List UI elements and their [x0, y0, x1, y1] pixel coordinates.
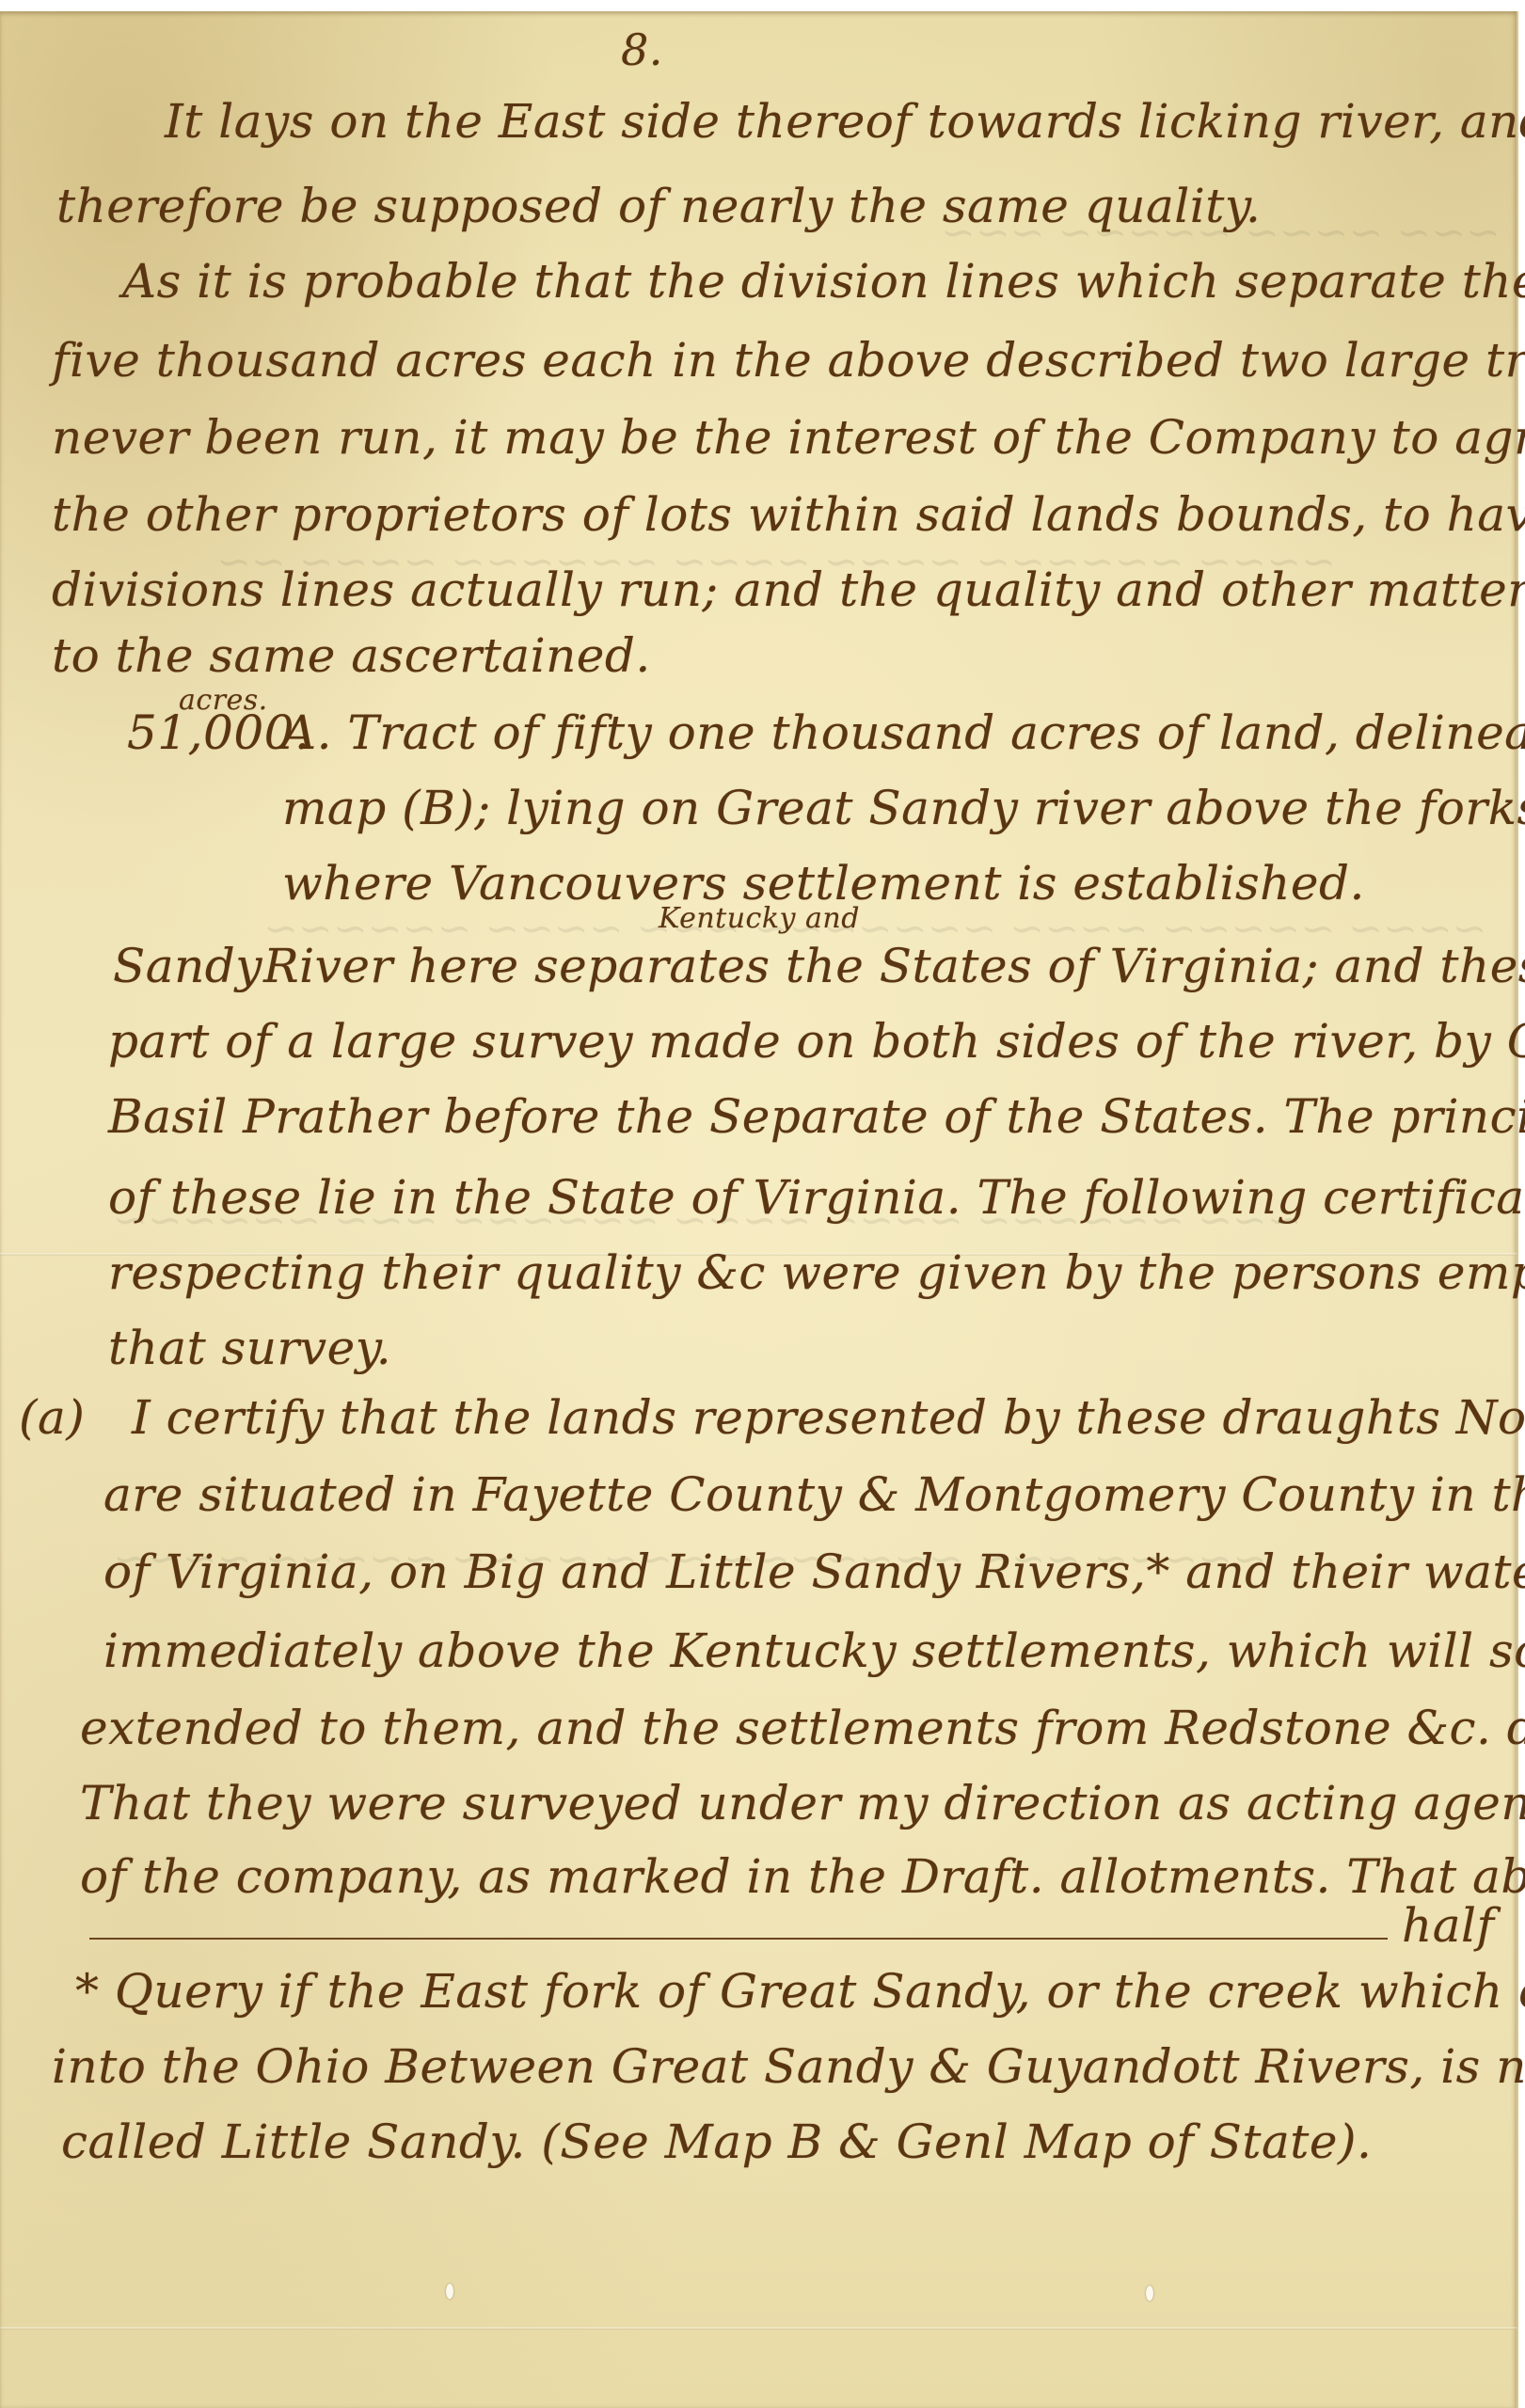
text-line: therefore be supposed of nearly the same…: [56, 182, 1261, 230]
text-line: extended to them, and the settlements fr…: [80, 1704, 1525, 1751]
text-line: As it is probable that the division line…: [122, 258, 1525, 305]
margin-word: Sandy: [113, 943, 262, 990]
text-line: the other proprietors of lots within sai…: [52, 491, 1525, 538]
text-line: are situated in Fayette County & Montgom…: [103, 1471, 1525, 1518]
text-line: never been run, it may be the interest o…: [52, 414, 1525, 461]
text-line: of these lie in the State of Virginia. T…: [108, 1174, 1525, 1221]
text-line: It lays on the East side thereof towards…: [165, 98, 1525, 145]
text-line: to the same ascertained.: [52, 632, 651, 679]
text-line: part of a large survey made on both side…: [108, 1018, 1525, 1065]
footnote-line: * Query if the East fork of Great Sandy,…: [75, 1968, 1525, 2015]
footnote-line: into the Ohio Between Great Sandy & Guya…: [52, 2043, 1525, 2090]
certificate-marker: (a): [19, 1394, 85, 1441]
text-line: A. Tract of fifty one thousand acres of …: [282, 709, 1525, 756]
text-line: That they were surveyed under my directi…: [80, 1780, 1525, 1827]
text-line: map (B); lying on Great Sandy river abov…: [282, 784, 1525, 832]
catchword: half: [1402, 1902, 1495, 1949]
footnote-separator-rule: [89, 1938, 1388, 1940]
text-line: where Vancouvers settlement is establish…: [282, 860, 1365, 907]
interlinear-insertion: Kentucky and: [659, 905, 860, 933]
text-line: divisions lines actually run; and the qu…: [52, 566, 1525, 613]
text-line: respecting their quality &c were given b…: [108, 1249, 1525, 1296]
text-line: of the company, as marked in the Draft. …: [80, 1853, 1525, 1900]
binding-hole: [446, 2284, 453, 2299]
text-line: Basil Prather before the Separate of the…: [108, 1093, 1525, 1140]
text-line: five thousand acres each in the above de…: [52, 337, 1525, 384]
binding-hole: [1146, 2286, 1153, 2301]
text-line: River here separates the States of Virgi…: [263, 943, 1525, 990]
paper-fold-line: [0, 2327, 1517, 2330]
manuscript-page: ~~~ ~~~~ ~~~~~ ~~~ ~~~~ ~~~~~~ ~~~~ ~~~~…: [0, 11, 1518, 2408]
text-line: I certify that the lands represented by …: [132, 1394, 1525, 1441]
footnote-line: called Little Sandy. (See Map B & Genl M…: [61, 2118, 1372, 2165]
text-line: that survey.: [108, 1324, 391, 1371]
page-number: 8.: [621, 28, 663, 71]
text-line: immediately above the Kentucky settlemen…: [103, 1627, 1525, 1674]
text-line: of Virginia, on Big and Little Sandy Riv…: [103, 1548, 1525, 1595]
